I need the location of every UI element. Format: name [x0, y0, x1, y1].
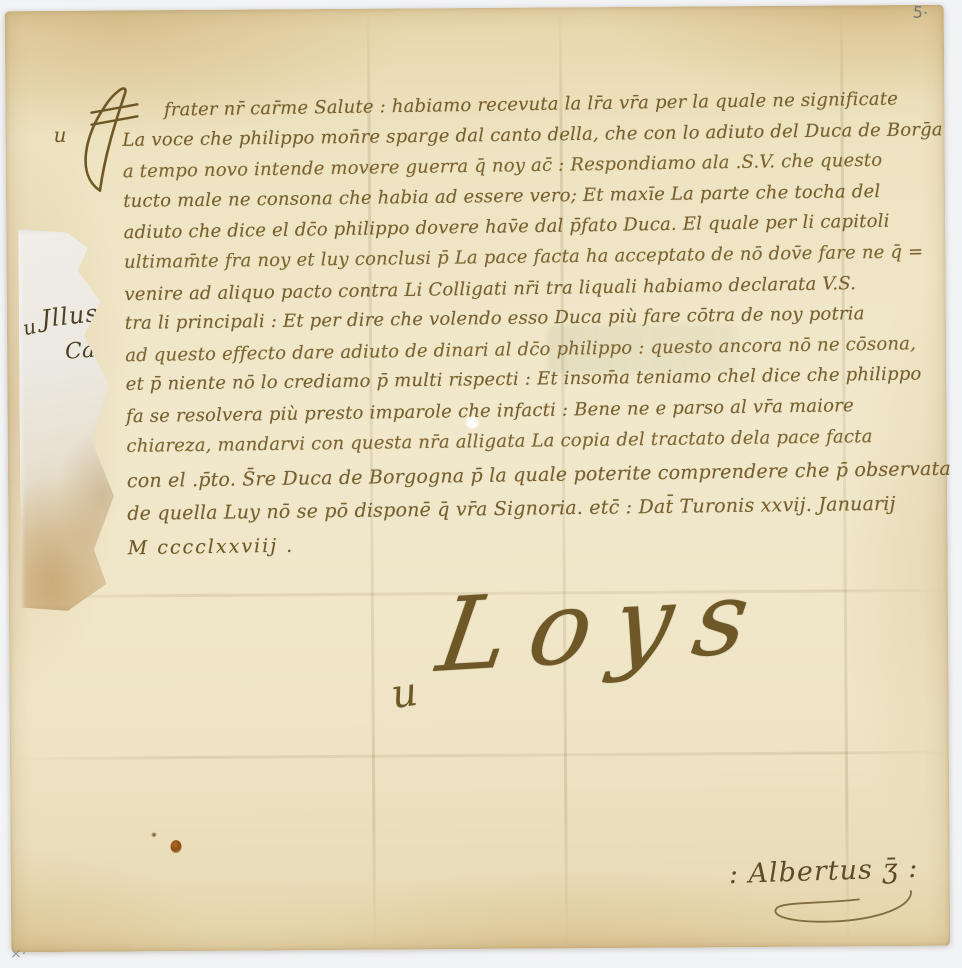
flap-address-line: Ca — [64, 338, 96, 365]
backing-pencil-mark: ×· — [10, 946, 26, 962]
paper-hole-glare — [466, 416, 479, 429]
manuscript-line: M cccclxxviij . — [128, 525, 928, 568]
royal-signature: Loys — [430, 557, 778, 695]
signature-block: u Loys — [381, 571, 902, 765]
margin-paraph-mark: u — [54, 123, 67, 147]
scan-background: u Jllustr̄ Ca u frater nr̄ car̄me Salute… — [0, 0, 962, 968]
ink-stain-speck — [151, 832, 156, 837]
ink-stain-spot — [171, 840, 182, 853]
folio-number: 5· — [912, 2, 929, 22]
flap-paraph-mark: u — [21, 314, 39, 340]
letter-body: frater nr̄ car̄me Salute : habiamo recev… — [122, 88, 928, 566]
countersignature-block: : Albertus ʒ̄ : — [729, 855, 950, 937]
address-flap: u Jllustr̄ Ca — [18, 228, 123, 611]
flap-address-line: Jllustr̄ — [40, 296, 123, 333]
countersignature-flourish-icon — [763, 885, 923, 928]
manuscript-paper: u Jllustr̄ Ca u frater nr̄ car̄me Salute… — [5, 5, 951, 953]
verso-showthrough — [547, 324, 737, 373]
signature-paraph-mark: u — [388, 669, 420, 718]
